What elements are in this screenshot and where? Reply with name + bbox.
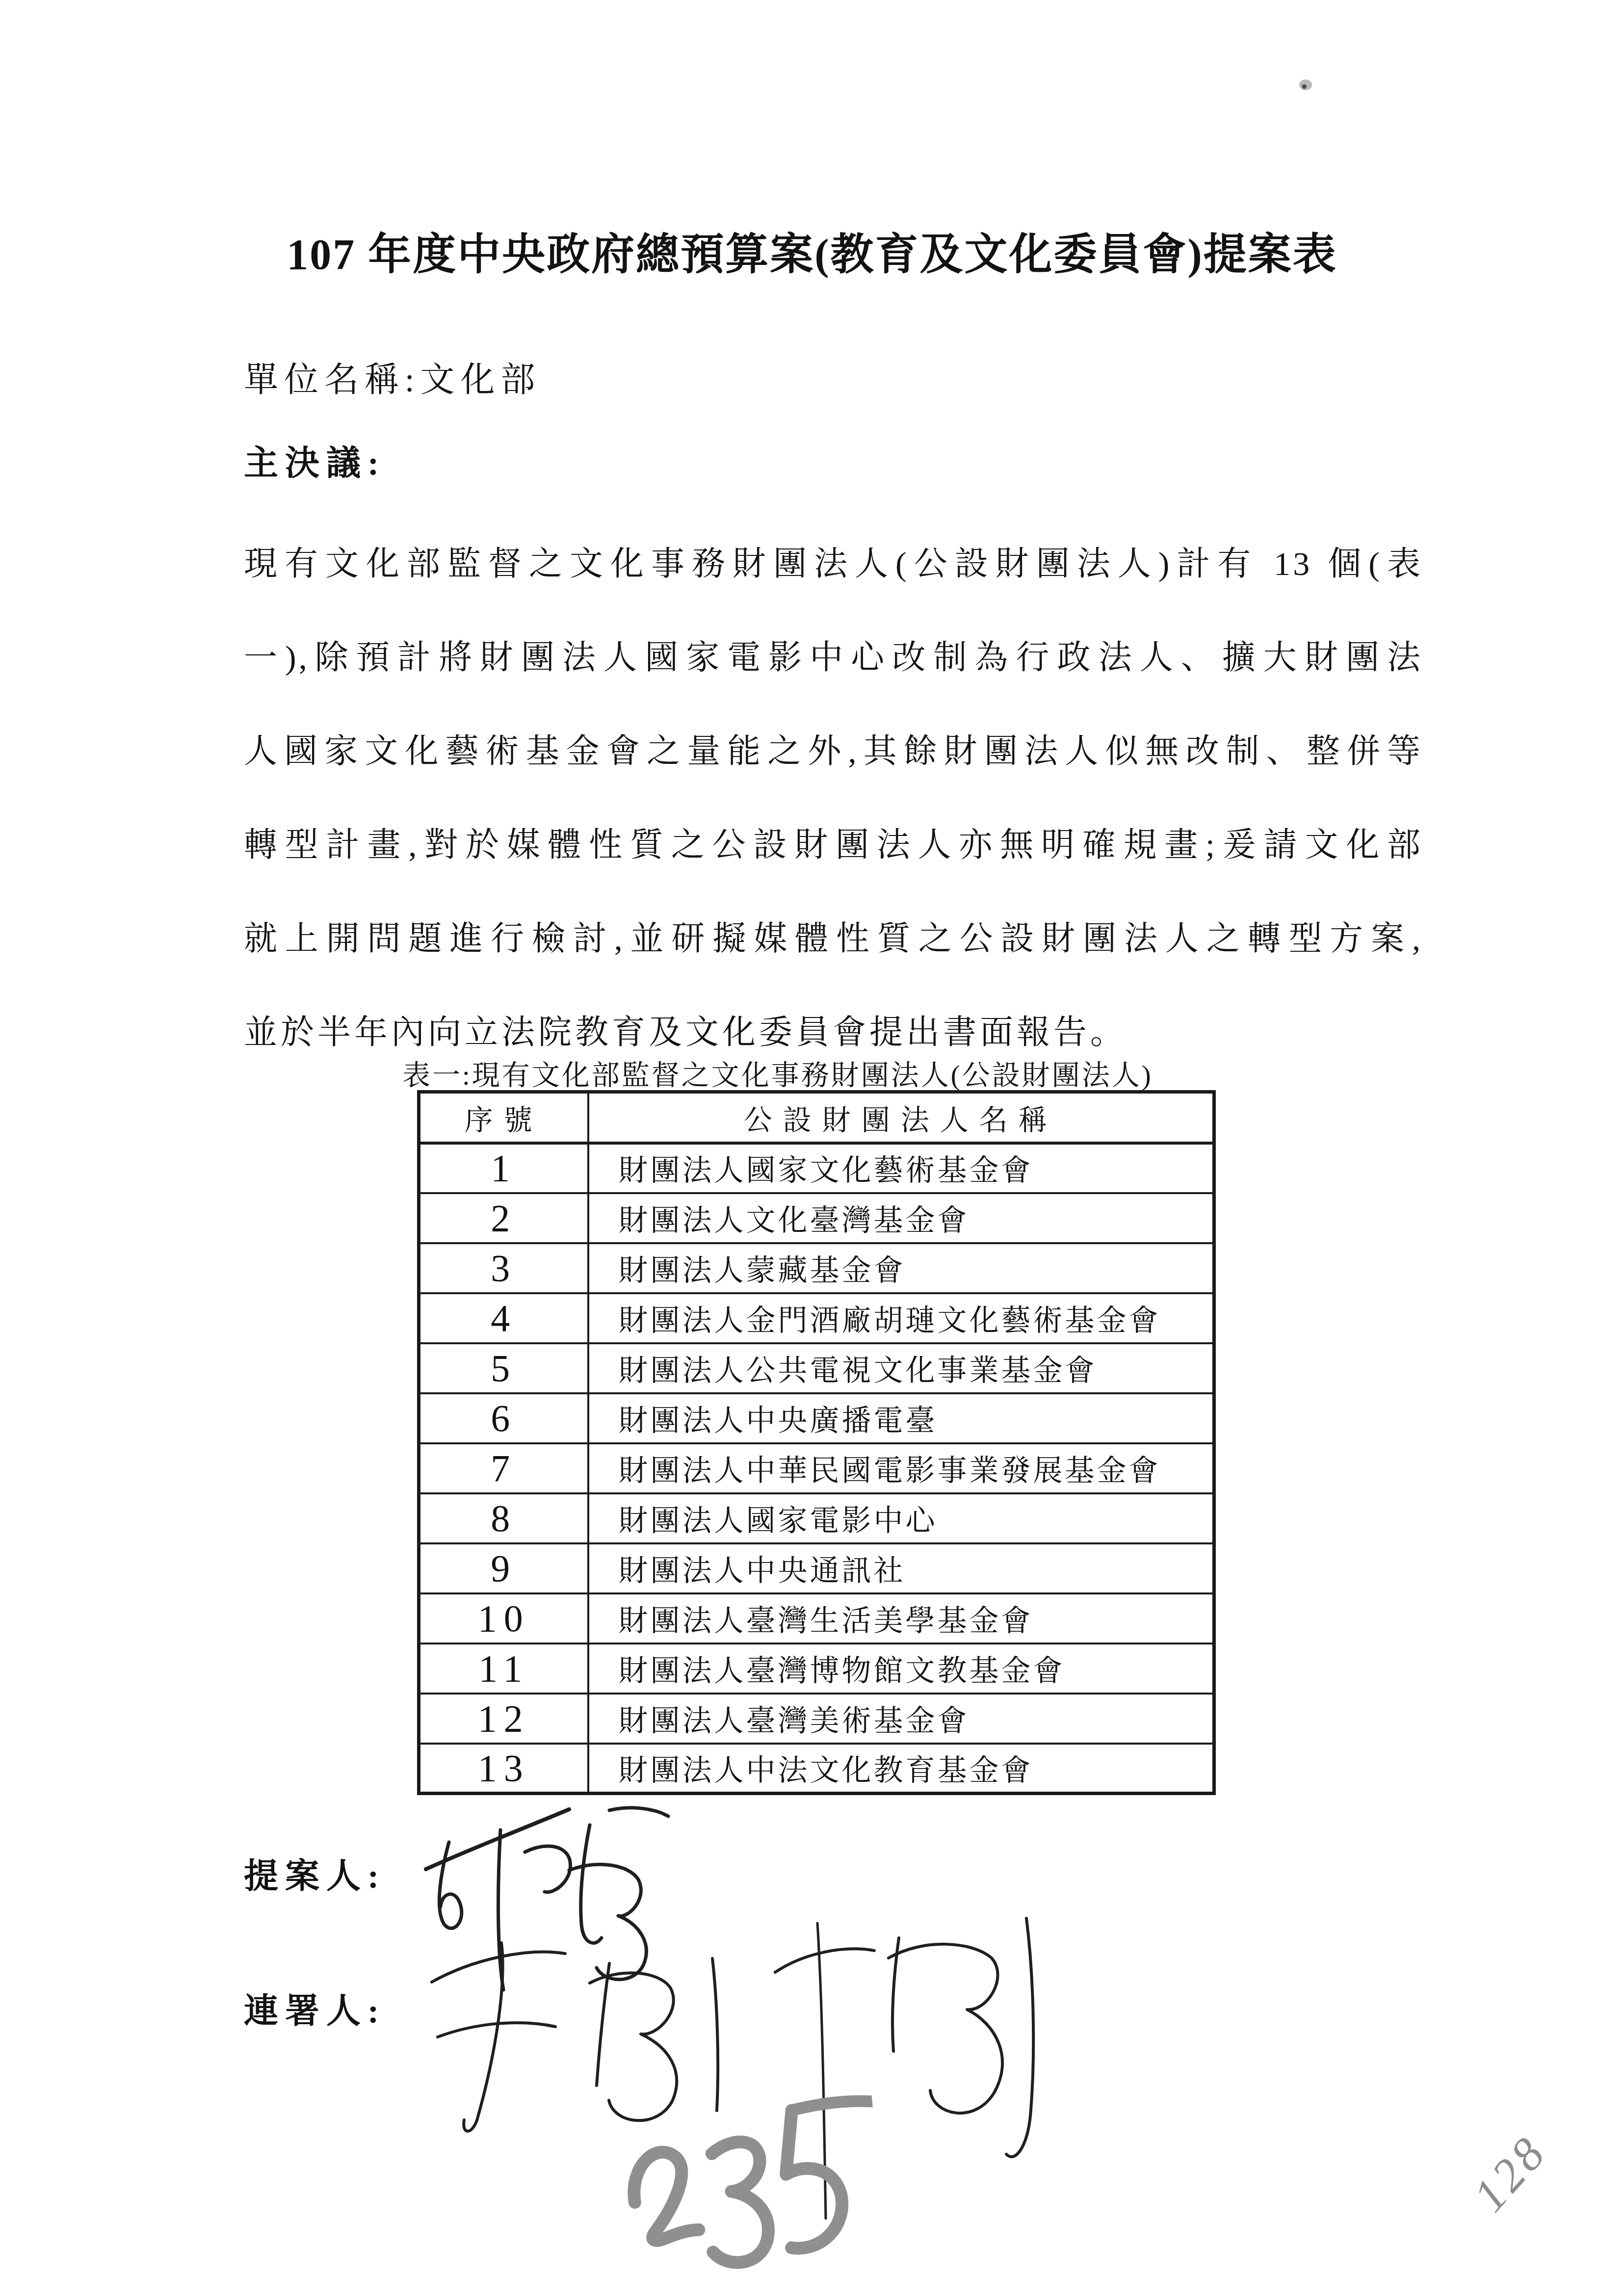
- row-number-cell: 9: [419, 1543, 588, 1593]
- foundation-name-cell: 財團法人中央通訊社: [588, 1543, 1214, 1593]
- foundation-name-cell: 財團法人中央廣播電臺: [588, 1393, 1214, 1443]
- foundation-name-cell: 財團法人中華民國電影事業發展基金會: [588, 1443, 1214, 1493]
- table-row: 3財團法人蒙藏基金會: [419, 1243, 1214, 1293]
- row-number-cell: 2: [419, 1193, 588, 1243]
- row-number-cell: 7: [419, 1443, 588, 1493]
- scan-speck: [1302, 84, 1307, 89]
- handwritten-tally-235: [596, 2071, 886, 2280]
- unit-name-line: 單位名稱:文化部: [244, 352, 541, 402]
- row-number-cell: 1: [419, 1143, 588, 1193]
- resolution-heading: 主決議:: [244, 436, 386, 485]
- table-row: 1財團法人國家文化藝術基金會: [419, 1143, 1214, 1193]
- table-row: 8財團法人國家電影中心: [419, 1493, 1214, 1543]
- paragraph-line: 一),除預計將財團法人國家電影中心改制為行政法人、擴大財團法: [244, 611, 1423, 704]
- row-number-cell: 4: [419, 1293, 588, 1343]
- paragraph-line: 就上開問題進行檢討,並研擬媒體性質之公設財團法人之轉型方案,: [244, 892, 1423, 986]
- scanned-document-page: 107 年度中央政府總預算案(教育及文化委員會)提案表 單位名稱:文化部 主決議…: [0, 0, 1624, 2296]
- foundation-name-cell: 財團法人公共電視文化事業基金會: [588, 1343, 1214, 1393]
- row-number-cell: 8: [419, 1493, 588, 1543]
- paragraph-line: 轉型計畫,對於媒體性質之公設財團法人亦無明確規畫;爰請文化部: [244, 798, 1423, 892]
- table-row: 13財團法人中法文化教育基金會: [419, 1744, 1214, 1794]
- foundation-name-cell: 財團法人金門酒廠胡璉文化藝術基金會: [588, 1293, 1214, 1343]
- foundation-name-cell: 財團法人中法文化教育基金會: [588, 1744, 1214, 1794]
- resolution-paragraph: 現有文化部監督之文化事務財團法人(公設財團法人)計有 13 個(表 一),除預計…: [244, 517, 1423, 1079]
- table-row: 9財團法人中央通訊社: [419, 1543, 1214, 1593]
- page-title: 107 年度中央政府總預算案(教育及文化委員會)提案表: [287, 220, 1337, 282]
- handwritten-page-number: 128: [1462, 2124, 1558, 2222]
- table-row: 7財團法人中華民國電影事業發展基金會: [419, 1443, 1214, 1493]
- table-row: 12財團法人臺灣美術基金會: [419, 1694, 1214, 1744]
- row-number-cell: 11: [419, 1644, 588, 1694]
- row-number-cell: 10: [419, 1593, 588, 1644]
- foundation-name-cell: 財團法人臺灣美術基金會: [588, 1694, 1214, 1744]
- table-row: 6財團法人中央廣播電臺: [419, 1393, 1214, 1443]
- cosigner-label: 連署人:: [244, 1983, 386, 2033]
- table-row: 11財團法人臺灣博物館文教基金會: [419, 1644, 1214, 1694]
- table-row: 5財團法人公共電視文化事業基金會: [419, 1343, 1214, 1393]
- table-row: 2財團法人文化臺灣基金會: [419, 1193, 1214, 1243]
- proposer-label: 提案人:: [244, 1849, 386, 1898]
- table-header-row: 序號 公設財團法人名稱: [419, 1092, 1214, 1143]
- foundations-table: 序號 公設財團法人名稱 1財團法人國家文化藝術基金會 2財團法人文化臺灣基金會 …: [417, 1090, 1216, 1795]
- table-row: 4財團法人金門酒廠胡璉文化藝術基金會: [419, 1293, 1214, 1343]
- table-caption: 表一:現有文化部監督之文化事務財團法人(公設財團法人): [402, 1053, 1153, 1093]
- table-row: 10財團法人臺灣生活美學基金會: [419, 1593, 1214, 1644]
- foundation-name-cell: 財團法人文化臺灣基金會: [588, 1193, 1214, 1243]
- row-number-cell: 12: [419, 1694, 588, 1744]
- row-number-cell: 13: [419, 1744, 588, 1794]
- row-number-cell: 6: [419, 1393, 588, 1443]
- header-cell-serial: 序號: [419, 1092, 588, 1143]
- foundation-name-cell: 財團法人臺灣生活美學基金會: [588, 1593, 1214, 1644]
- row-number-cell: 3: [419, 1243, 588, 1293]
- foundation-name-cell: 財團法人臺灣博物館文教基金會: [588, 1644, 1214, 1694]
- paragraph-line: 現有文化部監督之文化事務財團法人(公設財團法人)計有 13 個(表: [244, 517, 1423, 611]
- foundation-name-cell: 財團法人國家文化藝術基金會: [588, 1143, 1214, 1193]
- foundation-name-cell: 財團法人蒙藏基金會: [588, 1243, 1214, 1293]
- row-number-cell: 5: [419, 1343, 588, 1393]
- paragraph-line: 人國家文化藝術基金會之量能之外,其餘財團法人似無改制、整併等: [244, 704, 1423, 798]
- header-cell-foundation-name: 公設財團法人名稱: [588, 1092, 1214, 1143]
- foundation-name-cell: 財團法人國家電影中心: [588, 1493, 1214, 1543]
